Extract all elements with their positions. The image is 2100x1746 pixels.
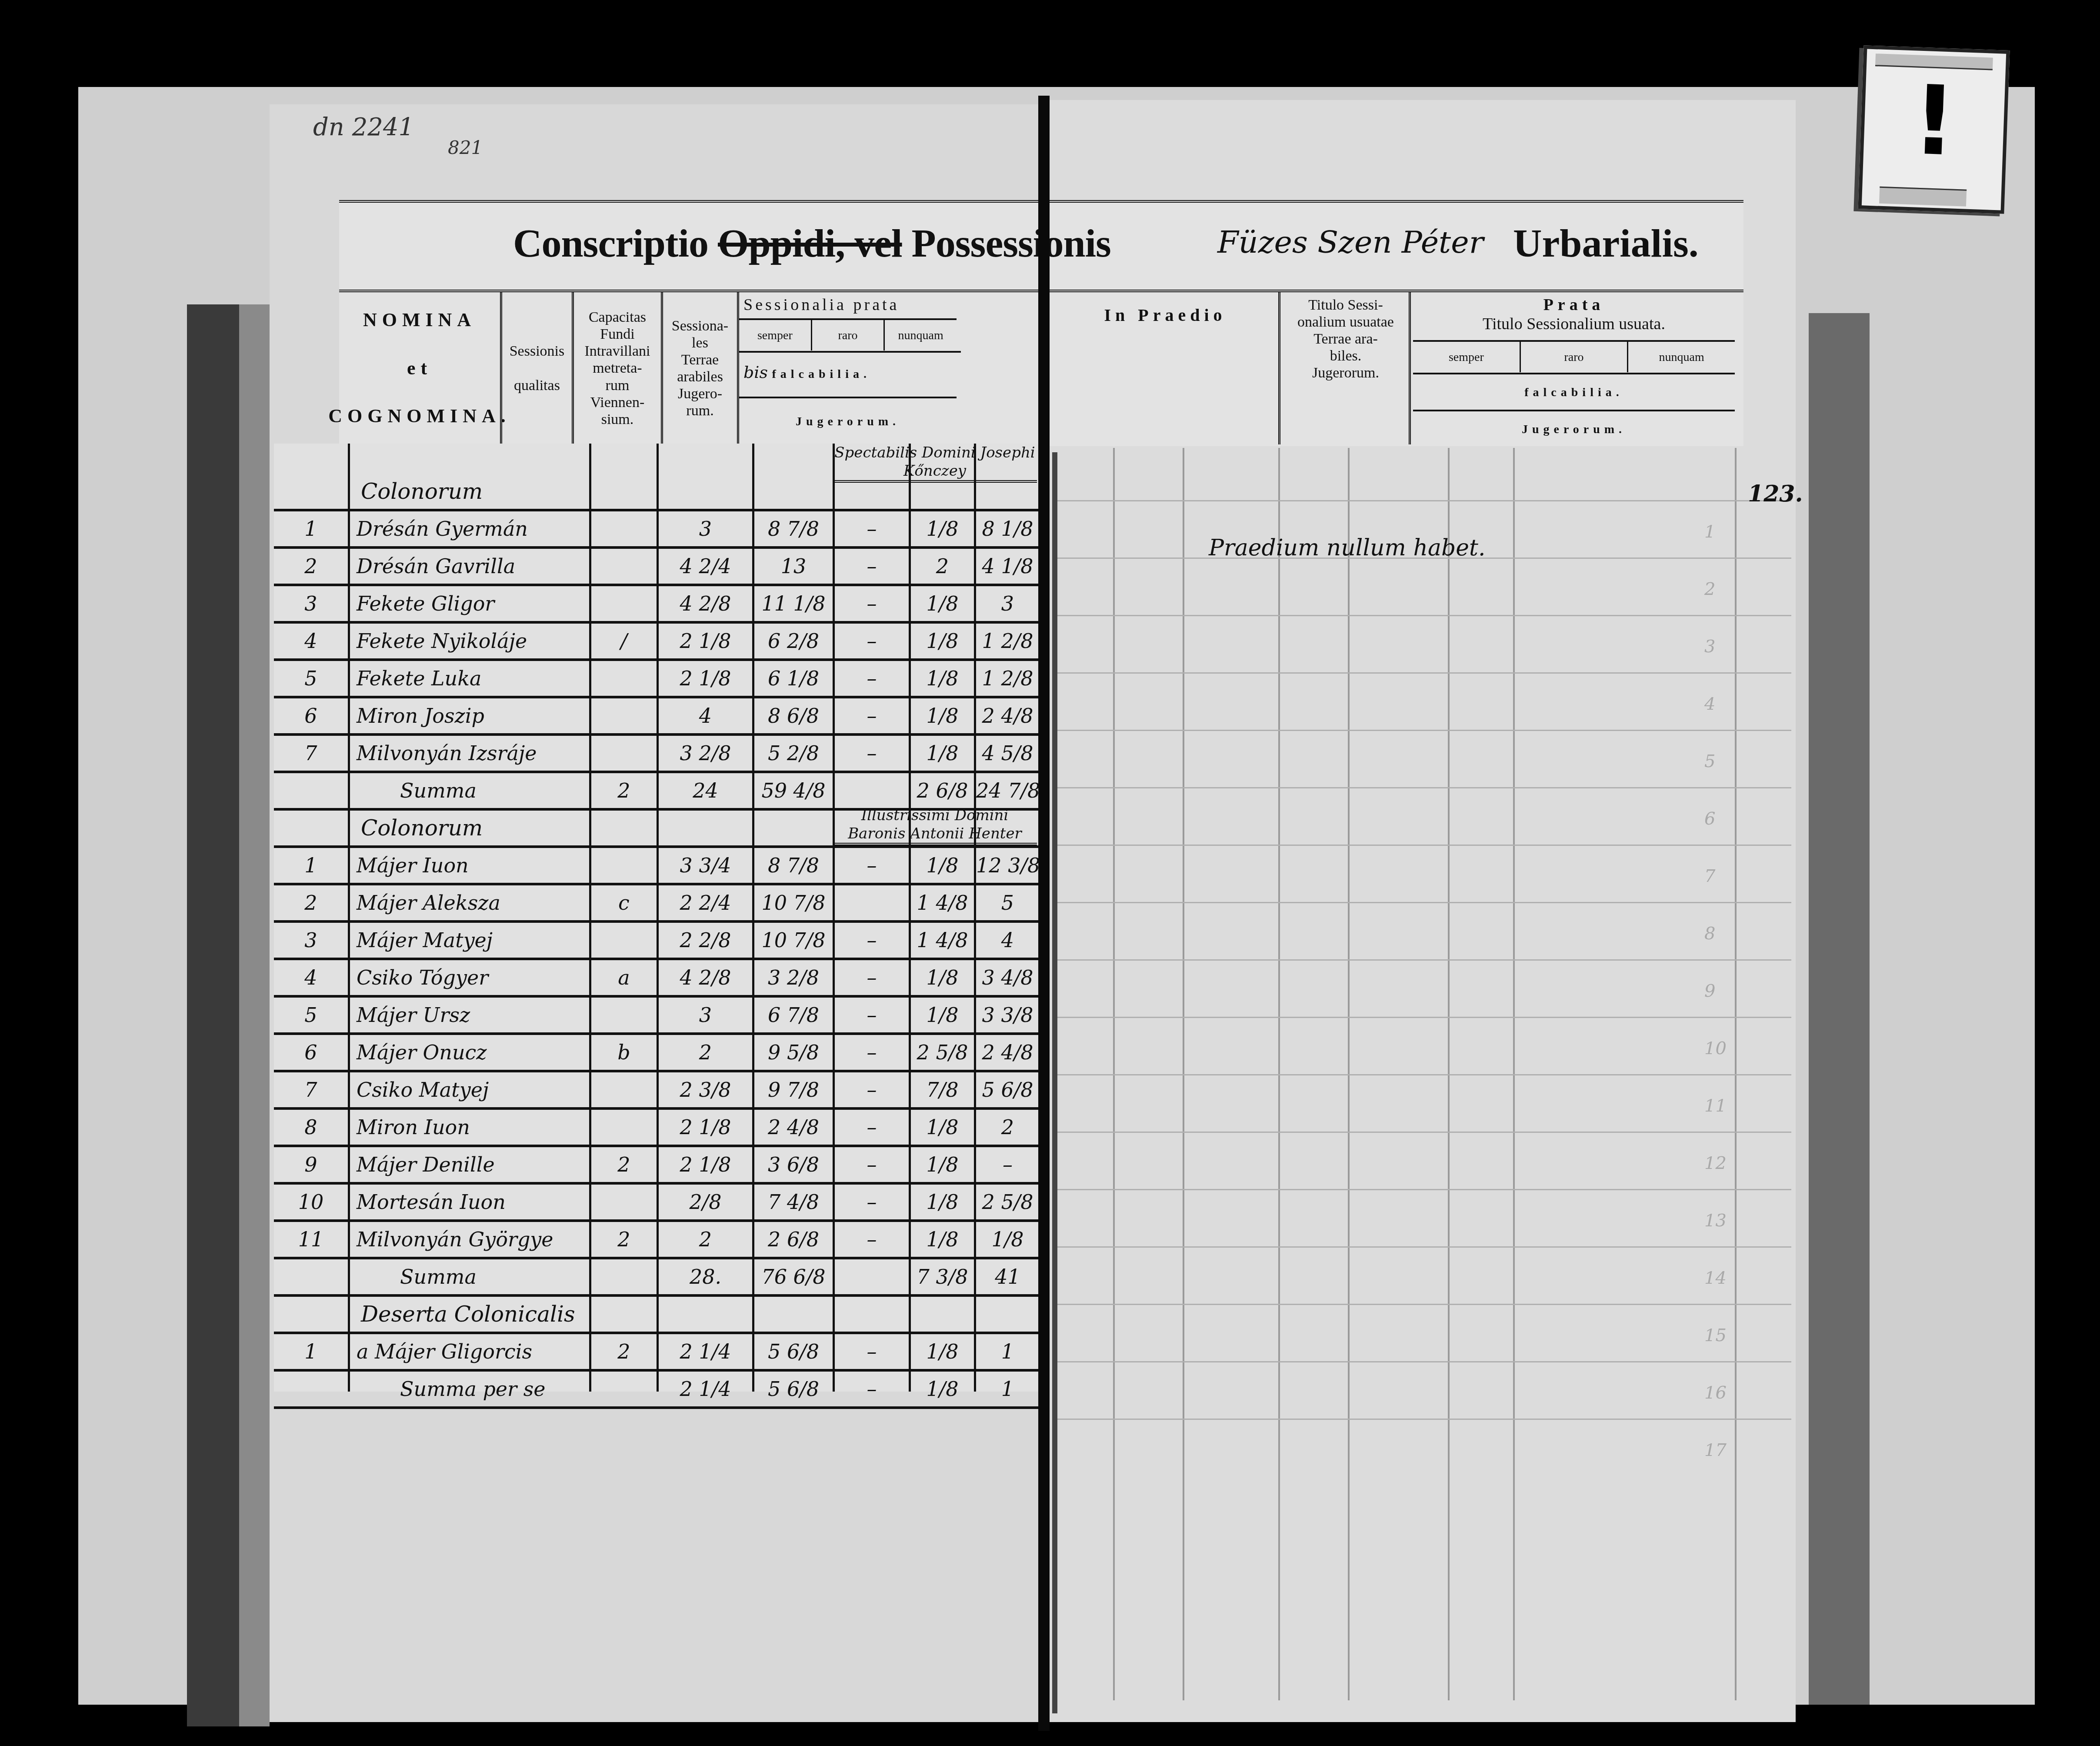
cell-qualitas <box>591 848 657 883</box>
cell-raro: 1/8 <box>911 624 974 658</box>
cell-terrae: 6 1/8 <box>754 661 833 696</box>
cell-capacitas: 3 <box>659 511 752 546</box>
ruled-line <box>1052 1132 1791 1133</box>
cell-terrae: 6 2/8 <box>754 624 833 658</box>
cell-name: Miron Joszip <box>357 698 587 733</box>
cell-no: 5 <box>274 661 348 696</box>
cell-raro: 1/8 <box>911 998 974 1032</box>
header-terrae: Sessiona- les Terrae arabiles Jugero- ru… <box>663 292 739 444</box>
cell-qualitas: 2 <box>591 773 657 808</box>
capacitas-line: Viennen- <box>590 394 644 411</box>
table-row: 4Csiko Tógyera4 2/83 2/8–1/83 4/8 <box>274 960 1043 998</box>
titulo-line: Titulo Sessi- <box>1283 297 1409 314</box>
prata-titulo-nunquam: nunquam <box>1628 342 1735 372</box>
header-nomina: NOMINA et COGNOMINA. <box>339 292 502 444</box>
cell-name: Drésán Gavrilla <box>357 549 587 584</box>
ruled-line <box>1052 1361 1791 1362</box>
cell-raro: 1/8 <box>911 1185 974 1219</box>
cell-name: Miron Iuon <box>357 1110 587 1145</box>
cell-semper: – <box>835 923 909 958</box>
group-label: Deserta Colonicalis <box>361 1297 575 1332</box>
capacitas-line: Intravillani <box>584 343 650 360</box>
cell-raro: 1/8 <box>911 511 974 546</box>
title-prefix: Conscriptio <box>513 221 708 265</box>
summa-row: Summa22459 4/82 6/824 7/8 <box>274 773 1043 811</box>
nomina-line: COGNOMINA. <box>328 405 510 427</box>
cell-terrae: 76 6/8 <box>754 1259 833 1294</box>
in-praedio-label: In Praedio <box>1052 292 1278 325</box>
cell-qualitas <box>591 549 657 584</box>
cell-semper: – <box>835 624 909 658</box>
cell-nunquam: 4 5/8 <box>976 736 1039 771</box>
cell-raro: 1/8 <box>911 848 974 883</box>
cell-qualitas: b <box>591 1035 657 1070</box>
cell-no: 4 <box>274 960 348 995</box>
ruled-line <box>1052 1189 1791 1190</box>
cell-raro: 1/8 <box>911 736 974 771</box>
show-through-number: 3 <box>1704 637 1715 657</box>
show-through-number: 2 <box>1704 579 1715 599</box>
terrae-line: les <box>692 334 708 351</box>
cell-nunquam: 1 2/8 <box>976 624 1039 658</box>
nomina-line: NOMINA <box>363 309 476 331</box>
exclamation-icon: ! <box>1863 70 2005 171</box>
cell-name: Májer Aleksza <box>357 885 587 920</box>
title-middle: Possessionis <box>912 221 1111 265</box>
archive-reference: dn 2241 <box>313 113 414 141</box>
cell-name: Summa <box>357 1259 630 1294</box>
qualitas-line: Sessionis <box>510 343 565 360</box>
cell-no: 2 <box>274 885 348 920</box>
cell-nunquam: 24 7/8 <box>976 773 1039 808</box>
cell-semper: – <box>835 1372 909 1406</box>
terrae-line: Terrae <box>681 351 719 368</box>
ruled-line <box>1052 959 1791 961</box>
group-header-row: ColonorumSpectabilis Domini Josephi Kőnc… <box>274 474 1043 511</box>
archive-sub-reference: 821 <box>448 137 483 158</box>
prata-titulo-raro: raro <box>1521 342 1629 372</box>
prata-falcabilia: bis falcabilia. <box>739 351 961 396</box>
show-through-number: 17 <box>1704 1440 1727 1460</box>
binding-board-left-edge <box>239 304 270 1726</box>
register-table: ColonorumSpectabilis Domini Josephi Kőnc… <box>274 444 1043 1392</box>
table-row: 10Mortesán Iuon2/87 4/8–1/82 5/8 <box>274 1185 1043 1222</box>
cell-semper: – <box>835 998 909 1032</box>
table-row: 5Májer Ursz36 7/8–1/83 3/8 <box>274 998 1043 1035</box>
header-titulo-terrae: Titulo Sessi- onalium usuatae Terrae ara… <box>1283 292 1411 444</box>
terrae-line: Sessiona- <box>672 317 728 334</box>
cell-nunquam: – <box>976 1147 1039 1182</box>
ruled-line <box>1052 500 1791 501</box>
cell-raro: 1/8 <box>911 1222 974 1257</box>
cell-nunquam: 5 6/8 <box>976 1072 1039 1107</box>
cell-name: Májer Iuon <box>357 848 587 883</box>
cell-capacitas: 3 3/4 <box>659 848 752 883</box>
group-label: Colonorum <box>361 811 483 845</box>
cell-nunquam: 4 <box>976 923 1039 958</box>
title-struck: Oppidi, vel <box>718 221 902 265</box>
cell-nunquam: 3 <box>976 586 1039 621</box>
cell-nunquam: 3 4/8 <box>976 960 1039 995</box>
landlord-heading: Spectabilis Domini Josephi Kőnczey <box>833 444 1037 483</box>
cell-semper: – <box>835 1147 909 1182</box>
cell-raro: 1/8 <box>911 1334 974 1369</box>
cell-capacitas: 2 1/8 <box>659 661 752 696</box>
cell-qualitas <box>591 511 657 546</box>
cell-nunquam: 2 5/8 <box>976 1185 1039 1219</box>
qualitas-line: qualitas <box>514 377 560 394</box>
cell-capacitas: 2 1/4 <box>659 1334 752 1369</box>
cell-semper: – <box>835 1185 909 1219</box>
nomina-line: et <box>407 357 432 380</box>
cell-raro: 1/8 <box>911 1372 974 1406</box>
cell-qualitas: c <box>591 885 657 920</box>
ruled-line <box>1052 787 1791 788</box>
ruled-line <box>1052 902 1791 903</box>
cell-no: 11 <box>274 1222 348 1257</box>
cell-semper: – <box>835 698 909 733</box>
cell-name: Májer Matyej <box>357 923 587 958</box>
table-row: 4Fekete Nyikoláje/2 1/86 2/8–1/81 2/8 <box>274 624 1043 661</box>
cell-capacitas: 2 <box>659 1035 752 1070</box>
cell-semper: – <box>835 848 909 883</box>
cell-nunquam: 2 4/8 <box>976 698 1039 733</box>
cell-capacitas: 2 2/8 <box>659 923 752 958</box>
cell-terrae: 10 7/8 <box>754 923 833 958</box>
binding-board-left <box>187 304 239 1726</box>
cell-no: 1 <box>274 848 348 883</box>
cell-name: Májer Ursz <box>357 998 587 1032</box>
show-through-number: 4 <box>1704 694 1715 714</box>
show-through-number: 10 <box>1704 1038 1727 1058</box>
cell-no: 1 <box>274 511 348 546</box>
cell-nunquam: 1 <box>976 1334 1039 1369</box>
cell-semper: – <box>835 1222 909 1257</box>
warning-tab: ! <box>1858 45 2010 214</box>
ruled-line <box>1052 845 1791 846</box>
table-row: 2Drésán Gavrilla4 2/413–24 1/8 <box>274 549 1043 586</box>
cell-no: 1 <box>274 1334 348 1369</box>
cell-semper: – <box>835 511 909 546</box>
folio-number: 123. <box>1748 481 1803 507</box>
cell-qualitas <box>591 923 657 958</box>
ruled-line <box>1052 730 1791 731</box>
cell-capacitas: 2 1/8 <box>659 1147 752 1182</box>
cell-name: Fekete Luka <box>357 661 587 696</box>
cell-no: 8 <box>274 1110 348 1145</box>
binding-board-right <box>1809 313 1870 1705</box>
show-through-number: 6 <box>1704 809 1715 829</box>
title-suffix: Urbarialis. <box>1513 220 1699 266</box>
show-through-number: 15 <box>1704 1325 1727 1345</box>
prata-falcabilia-label: falcabilia. <box>772 367 870 381</box>
summa-row: Summa per se2 1/45 6/8–1/81 <box>274 1372 1043 1409</box>
prata-bis: bis <box>743 363 768 382</box>
cell-raro: 1/8 <box>911 698 974 733</box>
cell-no: 6 <box>274 698 348 733</box>
terrae-line: rum. <box>686 402 713 419</box>
cell-raro: 1/8 <box>911 1147 974 1182</box>
cell-no: 3 <box>274 923 348 958</box>
cell-nunquam: 2 4/8 <box>976 1035 1039 1070</box>
cell-raro: 2 <box>911 549 974 584</box>
cell-qualitas <box>591 1110 657 1145</box>
cell-qualitas <box>591 1259 657 1294</box>
ruled-line <box>1052 672 1791 674</box>
table-row: 9Májer Denille22 1/83 6/8–1/8– <box>274 1147 1043 1185</box>
cell-name: Fekete Gligor <box>357 586 587 621</box>
capacitas-line: sium. <box>601 411 634 428</box>
titulo-line: biles. <box>1283 347 1409 364</box>
cell-terrae: 6 7/8 <box>754 998 833 1032</box>
terrae-line: arabiles <box>677 368 723 385</box>
cell-raro: 1 4/8 <box>911 923 974 958</box>
capacitas-line: metreta- <box>593 360 642 377</box>
cell-capacitas: 2 1/8 <box>659 624 752 658</box>
group-header-row: ColonorumIllustrissimi Domini Baronis An… <box>274 811 1043 848</box>
landlord-heading: Illustrissimi Domini Baronis Antonii Hen… <box>833 806 1037 845</box>
cell-nunquam: 8 1/8 <box>976 511 1039 546</box>
titulo-line: Terrae ara- <box>1283 331 1409 347</box>
cell-qualitas <box>591 998 657 1032</box>
cell-terrae: 9 5/8 <box>754 1035 833 1070</box>
table-row: 3Fekete Gligor4 2/811 1/8–1/83 <box>274 586 1043 624</box>
cell-qualitas <box>591 661 657 696</box>
header-sessionalia-prata: Sessionalia prata semper raro nunquam bi… <box>739 292 957 444</box>
cell-capacitas: 2 <box>659 1222 752 1257</box>
terrae-line: Jugero- <box>678 385 722 402</box>
prata-subcols: semper raro nunquam <box>739 318 957 351</box>
capacitas-line: rum <box>606 377 630 394</box>
cell-name: Csiko Matyej <box>357 1072 587 1107</box>
cell-capacitas: 2 3/8 <box>659 1072 752 1107</box>
cell-capacitas: 3 2/8 <box>659 736 752 771</box>
table-row: 1Májer Iuon3 3/48 7/8–1/812 3/8 <box>274 848 1043 885</box>
cell-terrae: 9 7/8 <box>754 1072 833 1107</box>
cell-no: 5 <box>274 998 348 1032</box>
cell-capacitas: 4 2/8 <box>659 586 752 621</box>
cell-terrae: 11 1/8 <box>754 586 833 621</box>
cell-nunquam: 2 <box>976 1110 1039 1145</box>
cell-raro: 1/8 <box>911 661 974 696</box>
cell-semper: – <box>835 549 909 584</box>
table-row: 11Milvonyán Györgye222 6/8–1/81/8 <box>274 1222 1043 1259</box>
table-row: 8Miron Iuon2 1/82 4/8–1/82 <box>274 1110 1043 1147</box>
cell-qualitas <box>591 1372 657 1406</box>
cell-capacitas: 2 1/4 <box>659 1372 752 1406</box>
cell-name: Csiko Tógyer <box>357 960 587 995</box>
cell-nunquam: 4 1/8 <box>976 549 1039 584</box>
cell-terrae: 13 <box>754 549 833 584</box>
table-row: 7Csiko Matyej2 3/89 7/8–7/85 6/8 <box>274 1072 1043 1110</box>
cell-capacitas: 4 2/8 <box>659 960 752 995</box>
cell-qualitas: 2 <box>591 1222 657 1257</box>
prata-raro: raro <box>812 320 885 351</box>
cell-nunquam: 1/8 <box>976 1222 1039 1257</box>
cell-no: 9 <box>274 1147 348 1182</box>
prata-titulo-subcols: semper raro nunquam <box>1413 340 1735 372</box>
group-label: Colonorum <box>361 474 483 509</box>
cell-semper: – <box>835 661 909 696</box>
prata-semper: semper <box>739 320 812 351</box>
cell-terrae: 59 4/8 <box>754 773 833 808</box>
prata-titulo-falcabilia: falcabilia. <box>1413 373 1735 409</box>
cell-semper <box>835 1259 909 1294</box>
table-row: 1Drésán Gyermán38 7/8–1/88 1/8 <box>274 511 1043 549</box>
cell-terrae: 2 6/8 <box>754 1222 833 1257</box>
cell-terrae: 3 2/8 <box>754 960 833 995</box>
cell-terrae: 8 6/8 <box>754 698 833 733</box>
cell-qualitas <box>591 1185 657 1219</box>
cell-name: Drésán Gyermán <box>357 511 587 546</box>
cell-raro: 1/8 <box>911 960 974 995</box>
place-name: Füzes Szen Péter <box>1217 224 1483 260</box>
praedium-note: Praedium nullum habet. <box>1209 535 1485 561</box>
header-capacitas: Capacitas Fundi Intravillani metreta- ru… <box>574 292 663 444</box>
cell-nunquam: 5 <box>976 885 1039 920</box>
cell-no: 2 <box>274 549 348 584</box>
cell-capacitas: 2 1/8 <box>659 1110 752 1145</box>
show-through-number: 14 <box>1704 1268 1727 1288</box>
cell-nunquam: 41 <box>976 1259 1039 1294</box>
ruled-line <box>1052 1419 1791 1420</box>
cell-semper: – <box>835 586 909 621</box>
cell-raro: 1/8 <box>911 1110 974 1145</box>
group-header-row: Deserta Colonicalis <box>274 1297 1043 1334</box>
table-row: 3Májer Matyej2 2/810 7/8–1 4/84 <box>274 923 1043 960</box>
table-row: 7Milvonyán Izsráje3 2/85 2/8–1/84 5/8 <box>274 736 1043 773</box>
cell-capacitas: 3 <box>659 998 752 1032</box>
cell-terrae: 5 6/8 <box>754 1334 833 1369</box>
cell-terrae: 5 2/8 <box>754 736 833 771</box>
prata-titulo-semper: semper <box>1413 342 1521 372</box>
show-through-number: 13 <box>1704 1211 1727 1231</box>
cell-nunquam: 3 3/8 <box>976 998 1039 1032</box>
titulo-line: Jugerorum. <box>1283 364 1409 381</box>
show-through-number: 11 <box>1704 1096 1727 1116</box>
cell-raro: 1/8 <box>911 586 974 621</box>
prata-titulo-subtitle: Titulo Sessionalium usuata. <box>1413 315 1735 334</box>
cell-no: 4 <box>274 624 348 658</box>
cell-capacitas: 28. <box>659 1259 752 1294</box>
cell-no: 3 <box>274 586 348 621</box>
prata-titulo-title: Prata <box>1413 292 1735 315</box>
prata-unit-label: Jugerorum. <box>796 415 900 428</box>
cell-terrae: 3 6/8 <box>754 1147 833 1182</box>
cell-qualitas: 2 <box>591 1147 657 1182</box>
prata-title: Sessionalia prata <box>739 292 957 315</box>
cell-terrae: 5 6/8 <box>754 1372 833 1406</box>
cell-qualitas: / <box>591 624 657 658</box>
tab-band-bottom <box>1879 187 1967 207</box>
show-through-number: 9 <box>1704 981 1715 1001</box>
titulo-line: onalium usuatae <box>1283 314 1409 331</box>
cell-no: 10 <box>274 1185 348 1219</box>
cell-nunquam: 12 3/8 <box>976 848 1039 883</box>
cell-semper: – <box>835 736 909 771</box>
prata-titulo-unit-label: Jugerorum. <box>1522 423 1626 436</box>
cell-capacitas: 4 2/4 <box>659 549 752 584</box>
cell-raro: 7/8 <box>911 1072 974 1107</box>
book-gutter <box>1038 96 1050 1731</box>
cell-nunquam: 1 2/8 <box>976 661 1039 696</box>
cell-name: Summa per se <box>357 1372 630 1406</box>
cell-raro: 7 3/8 <box>911 1259 974 1294</box>
cell-name: a Májer Gligorcis <box>357 1334 587 1369</box>
prata-titulo-unit: Jugerorum. <box>1413 410 1735 446</box>
ruled-line <box>1052 615 1791 616</box>
cell-terrae: 7 4/8 <box>754 1185 833 1219</box>
ruled-line <box>1052 1304 1791 1305</box>
cell-no: 7 <box>274 1072 348 1107</box>
cell-semper: – <box>835 1334 909 1369</box>
ruled-line <box>1052 1074 1791 1075</box>
cell-name: Milvonyán Györgye <box>357 1222 587 1257</box>
table-row: 6Miron Joszip48 6/8–1/82 4/8 <box>274 698 1043 736</box>
cell-terrae: 8 7/8 <box>754 511 833 546</box>
prata-unit: Jugerorum. <box>739 397 957 442</box>
show-through-number: 7 <box>1704 866 1715 886</box>
cell-qualitas <box>591 736 657 771</box>
cell-semper <box>835 773 909 808</box>
header-in-praedio: In Praedio <box>1052 292 1280 444</box>
cell-qualitas <box>591 1072 657 1107</box>
show-through-number: 5 <box>1704 751 1715 771</box>
header-prata-titulo: Prata Titulo Sessionalium usuata. semper… <box>1413 292 1735 444</box>
cell-semper: – <box>835 960 909 995</box>
prata-nunquam: nunquam <box>885 320 957 351</box>
ruled-line <box>1052 1246 1791 1248</box>
cell-name: Milvonyán Izsráje <box>357 736 587 771</box>
cell-name: Májer Denille <box>357 1147 587 1182</box>
cell-capacitas: 4 <box>659 698 752 733</box>
cell-name: Májer Onucz <box>357 1035 587 1070</box>
cell-qualitas: 2 <box>591 1334 657 1369</box>
cell-semper: – <box>835 1035 909 1070</box>
cell-name: Summa <box>357 773 630 808</box>
capacitas-line: Capacitas <box>589 309 646 326</box>
cell-terrae: 2 4/8 <box>754 1110 833 1145</box>
cell-capacitas: 2/8 <box>659 1185 752 1219</box>
cell-name: Mortesán Iuon <box>357 1185 587 1219</box>
show-through-number: 12 <box>1704 1153 1727 1173</box>
form-title: Conscriptio Oppidi, vel Possessionis <box>513 220 1111 266</box>
table-row: 2Májer Alekszac2 2/410 7/81 4/85 <box>274 885 1043 923</box>
prata-titulo-falcabilia-label: falcabilia. <box>1524 386 1623 399</box>
cell-capacitas: 24 <box>659 773 752 808</box>
cell-raro: 1 4/8 <box>911 885 974 920</box>
cell-semper: – <box>835 1072 909 1107</box>
cell-qualitas <box>591 698 657 733</box>
cell-nunquam: 1 <box>976 1372 1039 1406</box>
cell-no: 6 <box>274 1035 348 1070</box>
cell-semper: – <box>835 1110 909 1145</box>
cell-raro: 2 5/8 <box>911 1035 974 1070</box>
cell-capacitas: 2 2/4 <box>659 885 752 920</box>
cell-qualitas <box>591 586 657 621</box>
ruled-line <box>1052 1017 1791 1018</box>
cell-terrae: 8 7/8 <box>754 848 833 883</box>
summa-row: Summa28.76 6/87 3/841 <box>274 1259 1043 1297</box>
header-qualitas: Sessionis qualitas <box>502 292 574 444</box>
show-through-number: 16 <box>1704 1383 1727 1403</box>
capacitas-line: Fundi <box>600 326 634 343</box>
table-row: 6Májer Onuczb29 5/8–2 5/82 4/8 <box>274 1035 1043 1072</box>
book-gutter-shadow <box>1052 452 1057 1713</box>
table-row: 1a Májer Gligorcis22 1/45 6/8–1/81 <box>274 1334 1043 1372</box>
cell-terrae: 10 7/8 <box>754 885 833 920</box>
table-row: 5Fekete Luka2 1/86 1/8–1/81 2/8 <box>274 661 1043 698</box>
